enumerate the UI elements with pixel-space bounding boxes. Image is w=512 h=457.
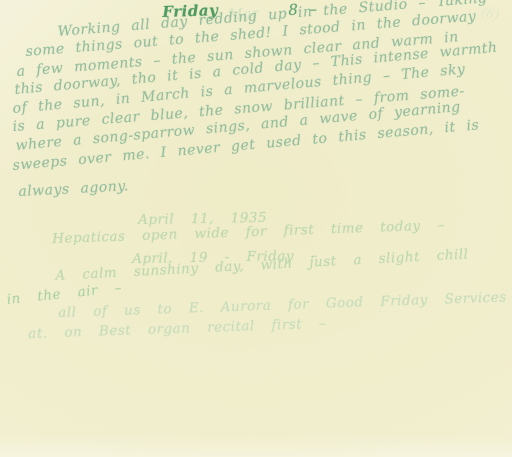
- page-number: (6): [480, 5, 501, 23]
- diary-page: (6) Friday Mar 8 – Working all day reddi…: [0, 0, 512, 457]
- handwritten-line: always agony.: [18, 178, 129, 200]
